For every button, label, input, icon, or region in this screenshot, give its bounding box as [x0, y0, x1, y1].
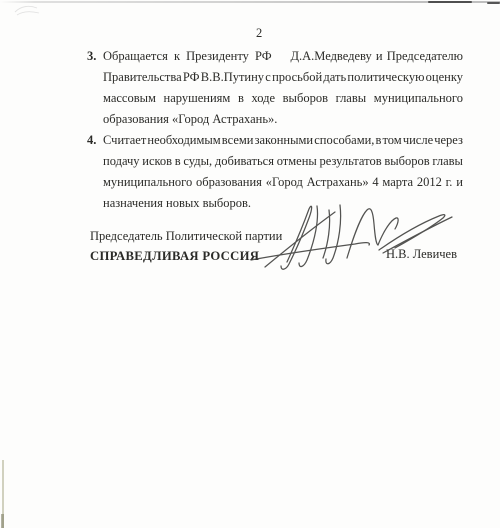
page-edge-top-line — [0, 1, 500, 3]
word: 2012 — [417, 172, 442, 193]
text-line: массовымнарушениямвходевыборовглавымуниц… — [103, 88, 463, 109]
word: в — [175, 151, 181, 172]
word: том — [383, 130, 402, 151]
word: необходимым — [147, 130, 220, 151]
word: числе — [403, 130, 433, 151]
list-item-3: 3. Обращается к Президенту РФ Д.А.Медвед… — [103, 46, 463, 130]
word: политическую — [347, 67, 424, 88]
word: через — [434, 130, 463, 151]
word: марта — [382, 172, 413, 193]
word: выборов — [283, 88, 328, 109]
word: РФ — [183, 67, 200, 88]
word: г. — [446, 172, 453, 193]
page-edge-top-dark-segment — [428, 1, 472, 3]
word: Астрахань» — [307, 172, 369, 193]
text-segment: Д.А.Медведеву и Председателю — [290, 46, 463, 67]
word: способами, — [314, 130, 374, 151]
word: суды, — [183, 151, 212, 172]
word: всеми — [222, 130, 254, 151]
page-number: 2 — [256, 26, 262, 40]
word: главы — [336, 88, 367, 109]
word: оценку — [426, 67, 463, 88]
word: выборов — [384, 151, 429, 172]
word: с — [265, 67, 271, 88]
word: законными — [255, 130, 314, 151]
word: и — [456, 172, 463, 193]
word: В.В.Путину — [201, 67, 264, 88]
handwritten-signature-icon — [243, 196, 463, 281]
text-line: подачуисковвсуды,добиватьсяотменырезульт… — [103, 151, 463, 172]
word: результатов — [320, 151, 382, 172]
word: добиваться — [215, 151, 274, 172]
text-segment: Считаетнеобходимымвсемизаконнымиспособам… — [103, 130, 463, 151]
list-item-number: 3. — [87, 46, 96, 67]
text-line: ПравительстваРФВ.В.Путинуспросьбойдатьпо… — [103, 67, 463, 88]
text-segment: Обращается к Президенту РФ — [103, 46, 272, 67]
page-edge-top-dark-segment — [487, 2, 500, 4]
word: муниципального — [374, 88, 463, 109]
word: в — [376, 130, 382, 151]
scan-smudge — [12, 2, 46, 18]
word: массовым — [103, 88, 156, 109]
text-line: муниципальногообразования«ГородАстрахань… — [103, 172, 463, 193]
document-body: 3. Обращается к Президенту РФ Д.А.Медвед… — [103, 46, 463, 214]
scanned-document-page: 2 3. Обращается к Президенту РФ Д.А.Медв… — [0, 0, 500, 528]
word: Считает — [103, 130, 146, 151]
word: ходе — [251, 88, 275, 109]
list-item-number: 4. — [87, 130, 96, 151]
word: отмены — [277, 151, 317, 172]
word: исков — [142, 151, 172, 172]
party-name: СПРАВЕДЛИВАЯ РОССИЯ — [90, 249, 259, 264]
word: главы — [432, 151, 463, 172]
text-line: образования «Город Астрахань». — [103, 109, 463, 130]
word: нарушениям — [164, 88, 231, 109]
word: 4 — [372, 172, 378, 193]
word: в — [238, 88, 244, 109]
word: муниципального — [103, 172, 192, 193]
word: просьбой — [272, 67, 322, 88]
word: образования — [196, 172, 262, 193]
word: «Город — [266, 172, 303, 193]
text-line: 4. Считаетнеобходимымвсемизаконнымиспосо… — [103, 130, 463, 151]
word: подачу — [103, 151, 140, 172]
text-line: 3. Обращается к Президенту РФ Д.А.Медвед… — [103, 46, 463, 67]
word: дать — [323, 67, 346, 88]
word: Правительства — [103, 67, 182, 88]
page-edge-left-dark-segment — [1, 514, 4, 528]
